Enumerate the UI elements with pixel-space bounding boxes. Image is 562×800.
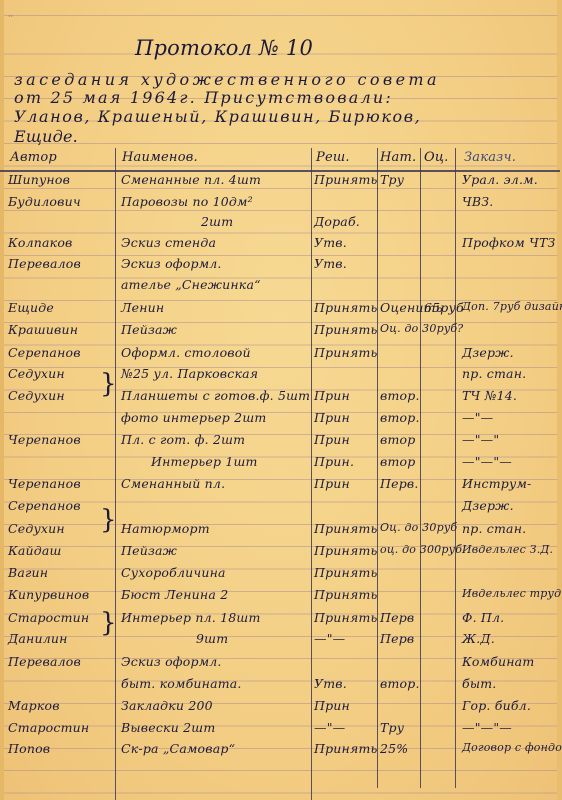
- cell-decision: Принять: [314, 300, 378, 315]
- cell-nat: Тру: [380, 172, 404, 187]
- document-page: ·· Протокол № 10 заседания художественно…: [0, 0, 562, 800]
- cell-nat: Тру: [380, 720, 404, 735]
- cell-author: Кипурвинов: [8, 587, 89, 602]
- cell-decision: Утв.: [314, 256, 347, 271]
- cell-title: быт. комбината.: [121, 676, 242, 691]
- cell-author: Крашивин: [8, 322, 78, 337]
- attendees-line-2: Ещиде.: [14, 127, 78, 146]
- cell-customer: быт.: [462, 676, 496, 691]
- cell-author: Перевалов: [8, 654, 81, 669]
- cell-decision: Принять: [314, 610, 378, 625]
- cell-title: фото интерьер 2шт: [121, 410, 266, 425]
- cell-nat: втор: [380, 454, 415, 469]
- cell-title: Натюрморт: [121, 521, 210, 536]
- cell-title: Планшеты с готов.ф. 5шт: [121, 388, 310, 403]
- cell-title: ателье „Снежинка“: [121, 277, 261, 292]
- cell-decision: Принять: [314, 172, 378, 187]
- cell-nat: втор: [380, 432, 415, 447]
- cell-title: Пл. с гот. ф. 2шт: [121, 432, 245, 447]
- cell-title: Ленин: [121, 300, 164, 315]
- cell-decision: Прин: [314, 388, 350, 403]
- cell-title: Эскиз оформл.: [121, 256, 222, 271]
- column-header-decision: Реш.: [316, 150, 350, 165]
- cell-nat: Оц. до 30руб: [380, 521, 457, 534]
- cell-title: Сменанные пл. 4шт: [121, 172, 261, 187]
- cell-customer: —"—": [462, 432, 499, 447]
- cell-customer: Ф. Пл.: [462, 610, 504, 625]
- cell-decision: Утв.: [314, 235, 347, 250]
- ink-speck: ··: [8, 12, 13, 21]
- grouping-brace: }: [100, 371, 117, 397]
- cell-decision: Принять: [314, 521, 378, 536]
- cell-title: Эскиз оформл.: [121, 654, 222, 669]
- page-edge-right: [557, 0, 562, 800]
- cell-decision: —"—: [314, 631, 345, 646]
- cell-title: Пейзаж: [121, 543, 177, 558]
- cell-author: Седухин: [8, 366, 65, 381]
- cell-customer: Дзерж.: [462, 345, 514, 360]
- cell-title: Паровозы по 10дм²: [121, 194, 253, 209]
- column-header-customer: Заказч.: [464, 150, 516, 165]
- cell-author: Марков: [8, 698, 60, 713]
- cell-customer: ТЧ №14.: [462, 388, 517, 403]
- cell-decision: Утв.: [314, 676, 347, 691]
- cell-decision: Прин: [314, 476, 350, 491]
- cell-customer: Комбинат: [462, 654, 534, 669]
- header-line-1: заседания художественного совета: [14, 70, 440, 89]
- cell-title: Интерьер пл. 18шт: [121, 610, 261, 625]
- cell-nat: втор.: [380, 410, 420, 425]
- cell-customer: Инструм-: [462, 476, 531, 491]
- cell-author: Данилин: [8, 631, 68, 646]
- cell-author: Черепанов: [8, 432, 81, 447]
- cell-customer: Ж.Д.: [462, 631, 495, 646]
- cell-author: Шипунов: [8, 172, 70, 187]
- cell-author: Старостин: [8, 610, 89, 625]
- cell-nat: Перв.: [380, 476, 419, 491]
- cell-decision: Дораб.: [314, 214, 360, 229]
- cell-decision: Прин.: [314, 454, 354, 469]
- column-divider: [377, 148, 378, 788]
- page-edge-left: [0, 0, 4, 800]
- cell-decision: Принять: [314, 322, 378, 337]
- cell-decision: Принять: [314, 345, 378, 360]
- attendees-line: Уланов, Крашеный, Крашивин, Бирюков,: [14, 107, 421, 126]
- cell-customer: Профком ЧТЗ: [462, 235, 556, 250]
- cell-nat: 25%: [380, 741, 408, 756]
- cell-nat: Перв: [380, 610, 414, 625]
- cell-decision: Принять: [314, 565, 378, 580]
- cell-customer: Дзерж.: [462, 498, 514, 513]
- protocol-title: Протокол № 10: [135, 36, 313, 60]
- cell-title: №25 ул. Парковская: [121, 366, 258, 381]
- cell-customer: Доп. 7руб дизайн.: [462, 300, 562, 313]
- cell-title: Сухоробличина: [121, 565, 226, 580]
- cell-decision: Прин: [314, 698, 350, 713]
- cell-decision: Принять: [314, 543, 378, 558]
- column-divider: [420, 148, 421, 788]
- cell-decision: Прин: [314, 432, 350, 447]
- cell-author: Ещиде: [8, 300, 54, 315]
- cell-nat: Оц. до 30руб?: [380, 322, 463, 335]
- cell-author: Седухин: [8, 388, 65, 403]
- cell-customer: Ивдельлес трудподр. З.Д.: [462, 587, 562, 600]
- cell-author: Кайдаш: [8, 543, 62, 558]
- cell-author: Серепанов: [8, 345, 81, 360]
- cell-customer: пр. стан.: [462, 521, 526, 536]
- cell-author: Серепанов: [8, 498, 81, 513]
- cell-nat: Перв: [380, 631, 414, 646]
- column-header-grade: Оц.: [424, 150, 448, 165]
- cell-title: 2шт: [201, 214, 233, 229]
- cell-title: Бюст Ленина 2: [121, 587, 228, 602]
- column-divider: [115, 148, 116, 800]
- cell-nat: втор.: [380, 388, 420, 403]
- cell-author: Черепанов: [8, 476, 81, 491]
- cell-nat: втор.: [380, 676, 420, 691]
- cell-title: Сменанный пл.: [121, 476, 225, 491]
- cell-author: Попов: [8, 741, 50, 756]
- cell-author: Колпаков: [8, 235, 73, 250]
- cell-grade: 65руб: [424, 300, 464, 315]
- column-header-nat: Нат.: [380, 150, 416, 165]
- cell-customer: пр. стан.: [462, 366, 526, 381]
- cell-title: Эскиз стенда: [121, 235, 216, 250]
- cell-customer: Гор. библ.: [462, 698, 531, 713]
- cell-author: Будилович: [8, 194, 81, 209]
- column-divider: [455, 148, 456, 788]
- cell-title: Ск-ра „Самовар“: [121, 741, 235, 756]
- header-line-2: от 25 мая 1964г. Присутствовали:: [14, 88, 393, 107]
- cell-nat: оц. до 300руб: [380, 543, 462, 556]
- cell-decision: —"—: [314, 720, 345, 735]
- cell-customer: —"—"—: [462, 454, 512, 469]
- cell-decision: Прин: [314, 410, 350, 425]
- column-header-title: Наименов.: [122, 150, 198, 165]
- cell-title: Закладки 200: [121, 698, 213, 713]
- cell-title: Вывески 2шт: [121, 720, 215, 735]
- cell-customer: Ивдельлес З.Д.: [462, 543, 553, 556]
- cell-title: Оформл. столовой: [121, 345, 251, 360]
- column-divider: [311, 148, 312, 800]
- grouping-brace: }: [100, 507, 117, 533]
- cell-author: Седухин: [8, 521, 65, 536]
- grouping-brace: }: [100, 610, 117, 636]
- cell-customer: —"—: [462, 410, 493, 425]
- column-header-author: Автор: [10, 150, 57, 165]
- cell-author: Перевалов: [8, 256, 81, 271]
- cell-customer: Договор с фондом.: [462, 741, 562, 754]
- cell-author: Вагин: [8, 565, 48, 580]
- cell-author: Старостин: [8, 720, 89, 735]
- cell-title: Интерьер 1шт: [151, 454, 258, 469]
- cell-decision: Принять: [314, 741, 378, 756]
- cell-customer: —"—"—: [462, 720, 512, 735]
- cell-customer: Урал. эл.м.: [462, 172, 538, 187]
- cell-title: 9шт: [196, 631, 228, 646]
- cell-decision: Принять: [314, 587, 378, 602]
- cell-customer: ЧВЗ.: [462, 194, 493, 209]
- cell-title: Пейзаж: [121, 322, 177, 337]
